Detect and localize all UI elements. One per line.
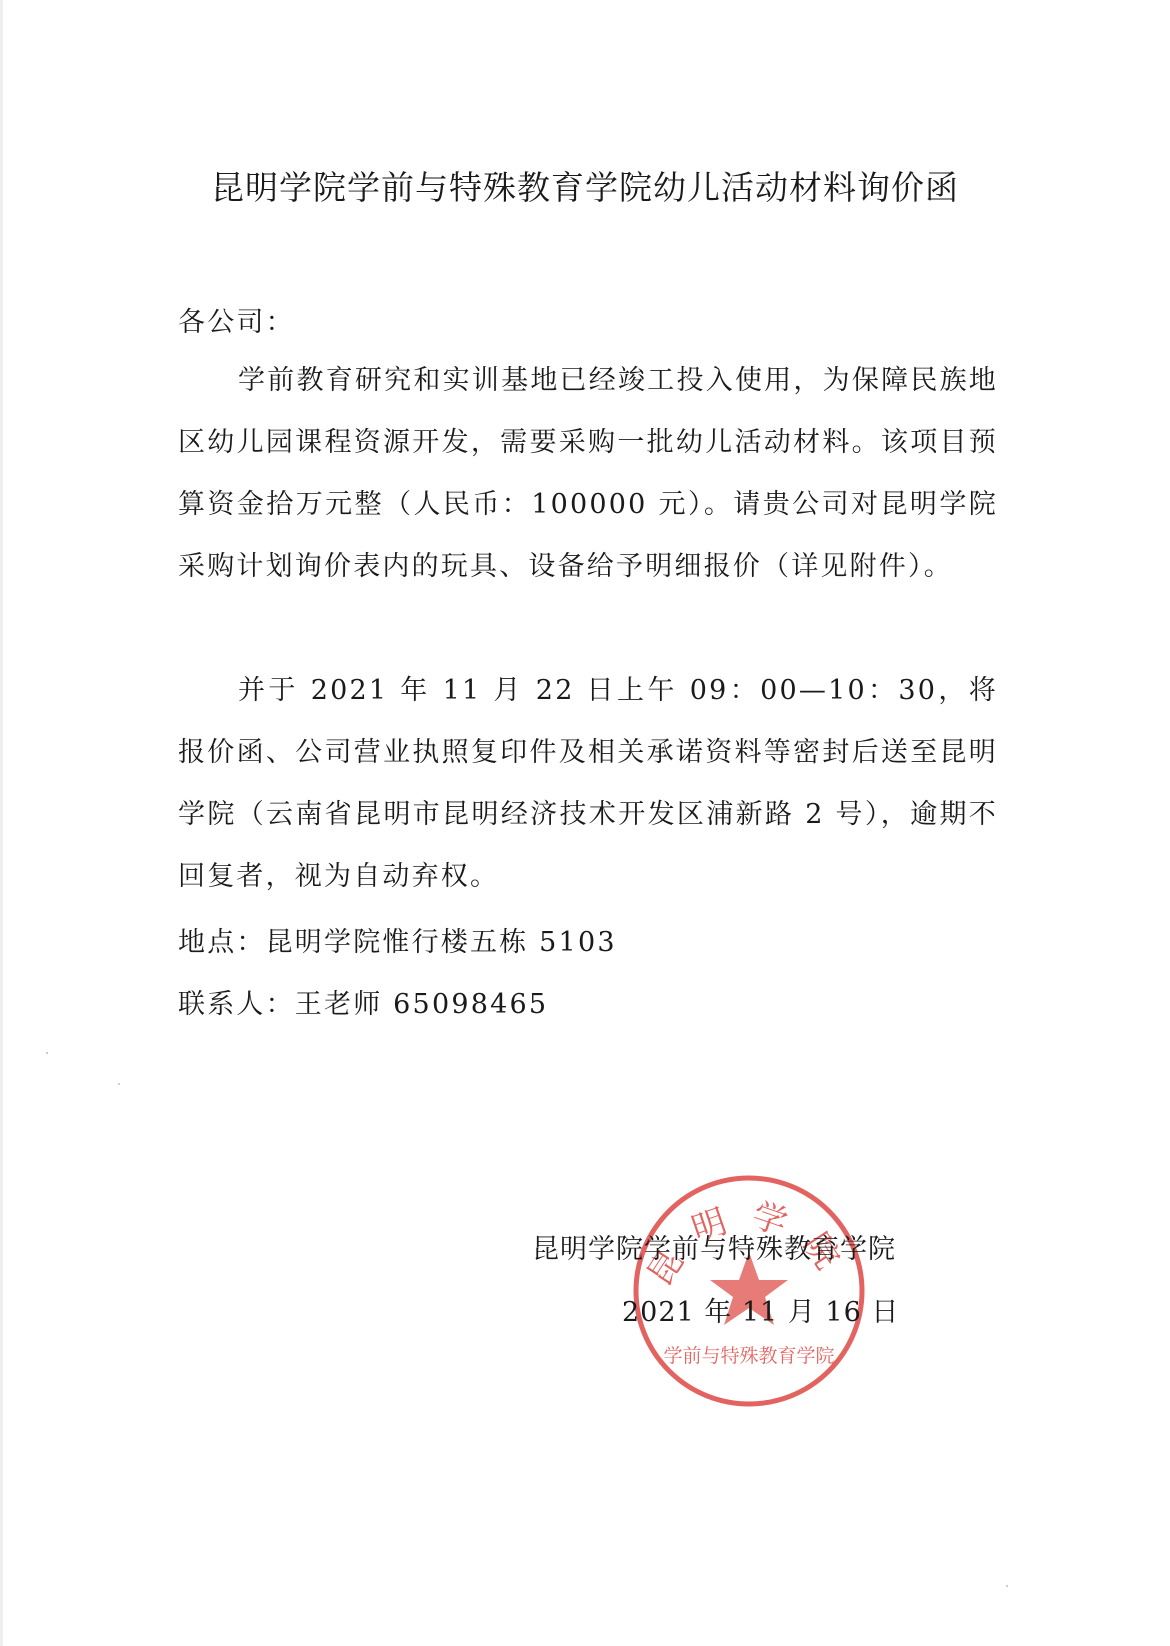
contact-line: 联系人：王老师 65098465 — [178, 974, 998, 1036]
scan-speck — [1006, 1585, 1008, 1587]
scan-speck — [118, 1083, 120, 1085]
paragraph-deadline: 并于 2021 年 11 月 22 日上午 09：00—10：30，将报价函、公… — [178, 660, 998, 908]
seal-icon: 昆明学院 学前与特殊教育学院 — [628, 1170, 870, 1412]
scan-speck — [46, 1052, 48, 1054]
signature-organization: 昆明学院学前与特殊教育学院 — [532, 1230, 896, 1270]
seal-bottom-text: 学前与特殊教育学院 — [663, 1345, 834, 1367]
document-title: 昆明学院学前与特殊教育学院幼儿活动材料询价函 — [0, 168, 1170, 208]
paragraph-request: 学前教育研究和实训基地已经竣工投入使用，为保障民族地区幼儿园课程资源开发，需要采… — [178, 350, 998, 598]
salutation: 各公司： — [178, 292, 998, 354]
page-edge — [0, 0, 3, 1646]
signature-date: 2021 年 11 月 16 日 — [622, 1293, 899, 1333]
location-line: 地点：昆明学院惟行楼五栋 5103 — [178, 912, 998, 974]
official-seal-stamp: 昆明学院 学前与特殊教育学院 — [628, 1170, 870, 1412]
